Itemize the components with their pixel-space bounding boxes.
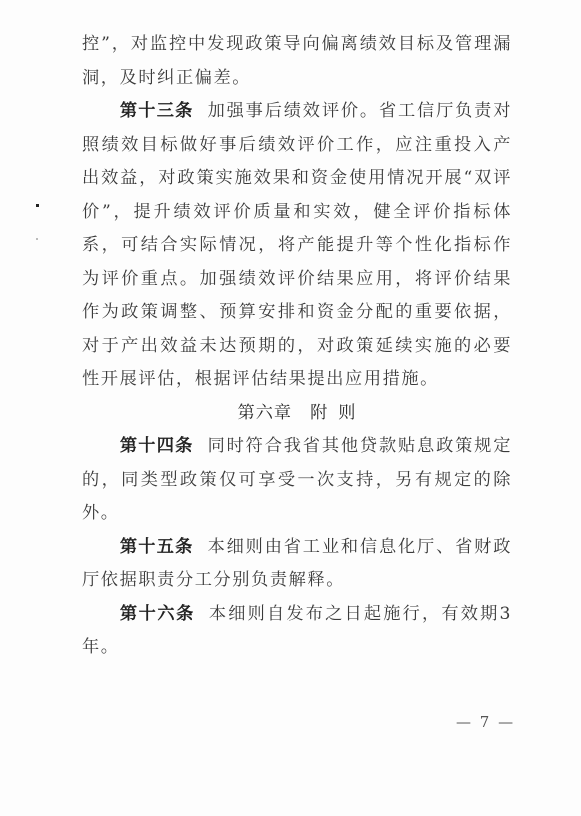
article-number: 第十六条 bbox=[120, 604, 195, 624]
document-page: 控”，对监控中发现政策导向偏离绩效目标及管理漏洞，及时纠正偏差。 第十三条加强事… bbox=[0, 0, 581, 816]
article-number: 第十四条 bbox=[120, 436, 194, 456]
article-number: 第十三条 bbox=[120, 101, 194, 121]
article-16: 第十六条本细则自发布之日起施行，有效期3年。 bbox=[82, 598, 512, 665]
paragraph-text: 控”，对监控中发现政策导向偏离绩效目标及管理漏洞，及时纠正偏差。 bbox=[82, 34, 512, 88]
chapter-number: 第六章 bbox=[238, 403, 293, 423]
article-13: 第十三条加强事后绩效评价。省工信厅负责对照绩效目标做好事后绩效评价工作，应注重投… bbox=[82, 95, 512, 397]
page-number: — 7 — bbox=[456, 713, 515, 731]
chapter-title-part1: 附 bbox=[310, 403, 328, 423]
article-15: 第十五条本细则由省工业和信息化厅、省财政厅依据职责分工分别负责解释。 bbox=[82, 531, 512, 598]
article-number: 第十五条 bbox=[120, 537, 194, 557]
document-body: 控”，对监控中发现政策导向偏离绩效目标及管理漏洞，及时纠正偏差。 第十三条加强事… bbox=[82, 28, 512, 665]
scan-speck bbox=[36, 204, 39, 207]
scan-speck bbox=[36, 238, 38, 240]
chapter-title-part2: 则 bbox=[338, 403, 356, 423]
paragraph-continuation: 控”，对监控中发现政策导向偏离绩效目标及管理漏洞，及时纠正偏差。 bbox=[82, 28, 512, 95]
article-14: 第十四条同时符合我省其他贷款贴息政策规定的，同类型政策仅可享受一次支持，另有规定… bbox=[82, 430, 512, 531]
chapter-heading: 第六章附则 bbox=[82, 397, 512, 431]
article-text: 加强事后绩效评价。省工信厅负责对照绩效目标做好事后绩效评价工作，应注重投入产出效… bbox=[82, 101, 512, 389]
